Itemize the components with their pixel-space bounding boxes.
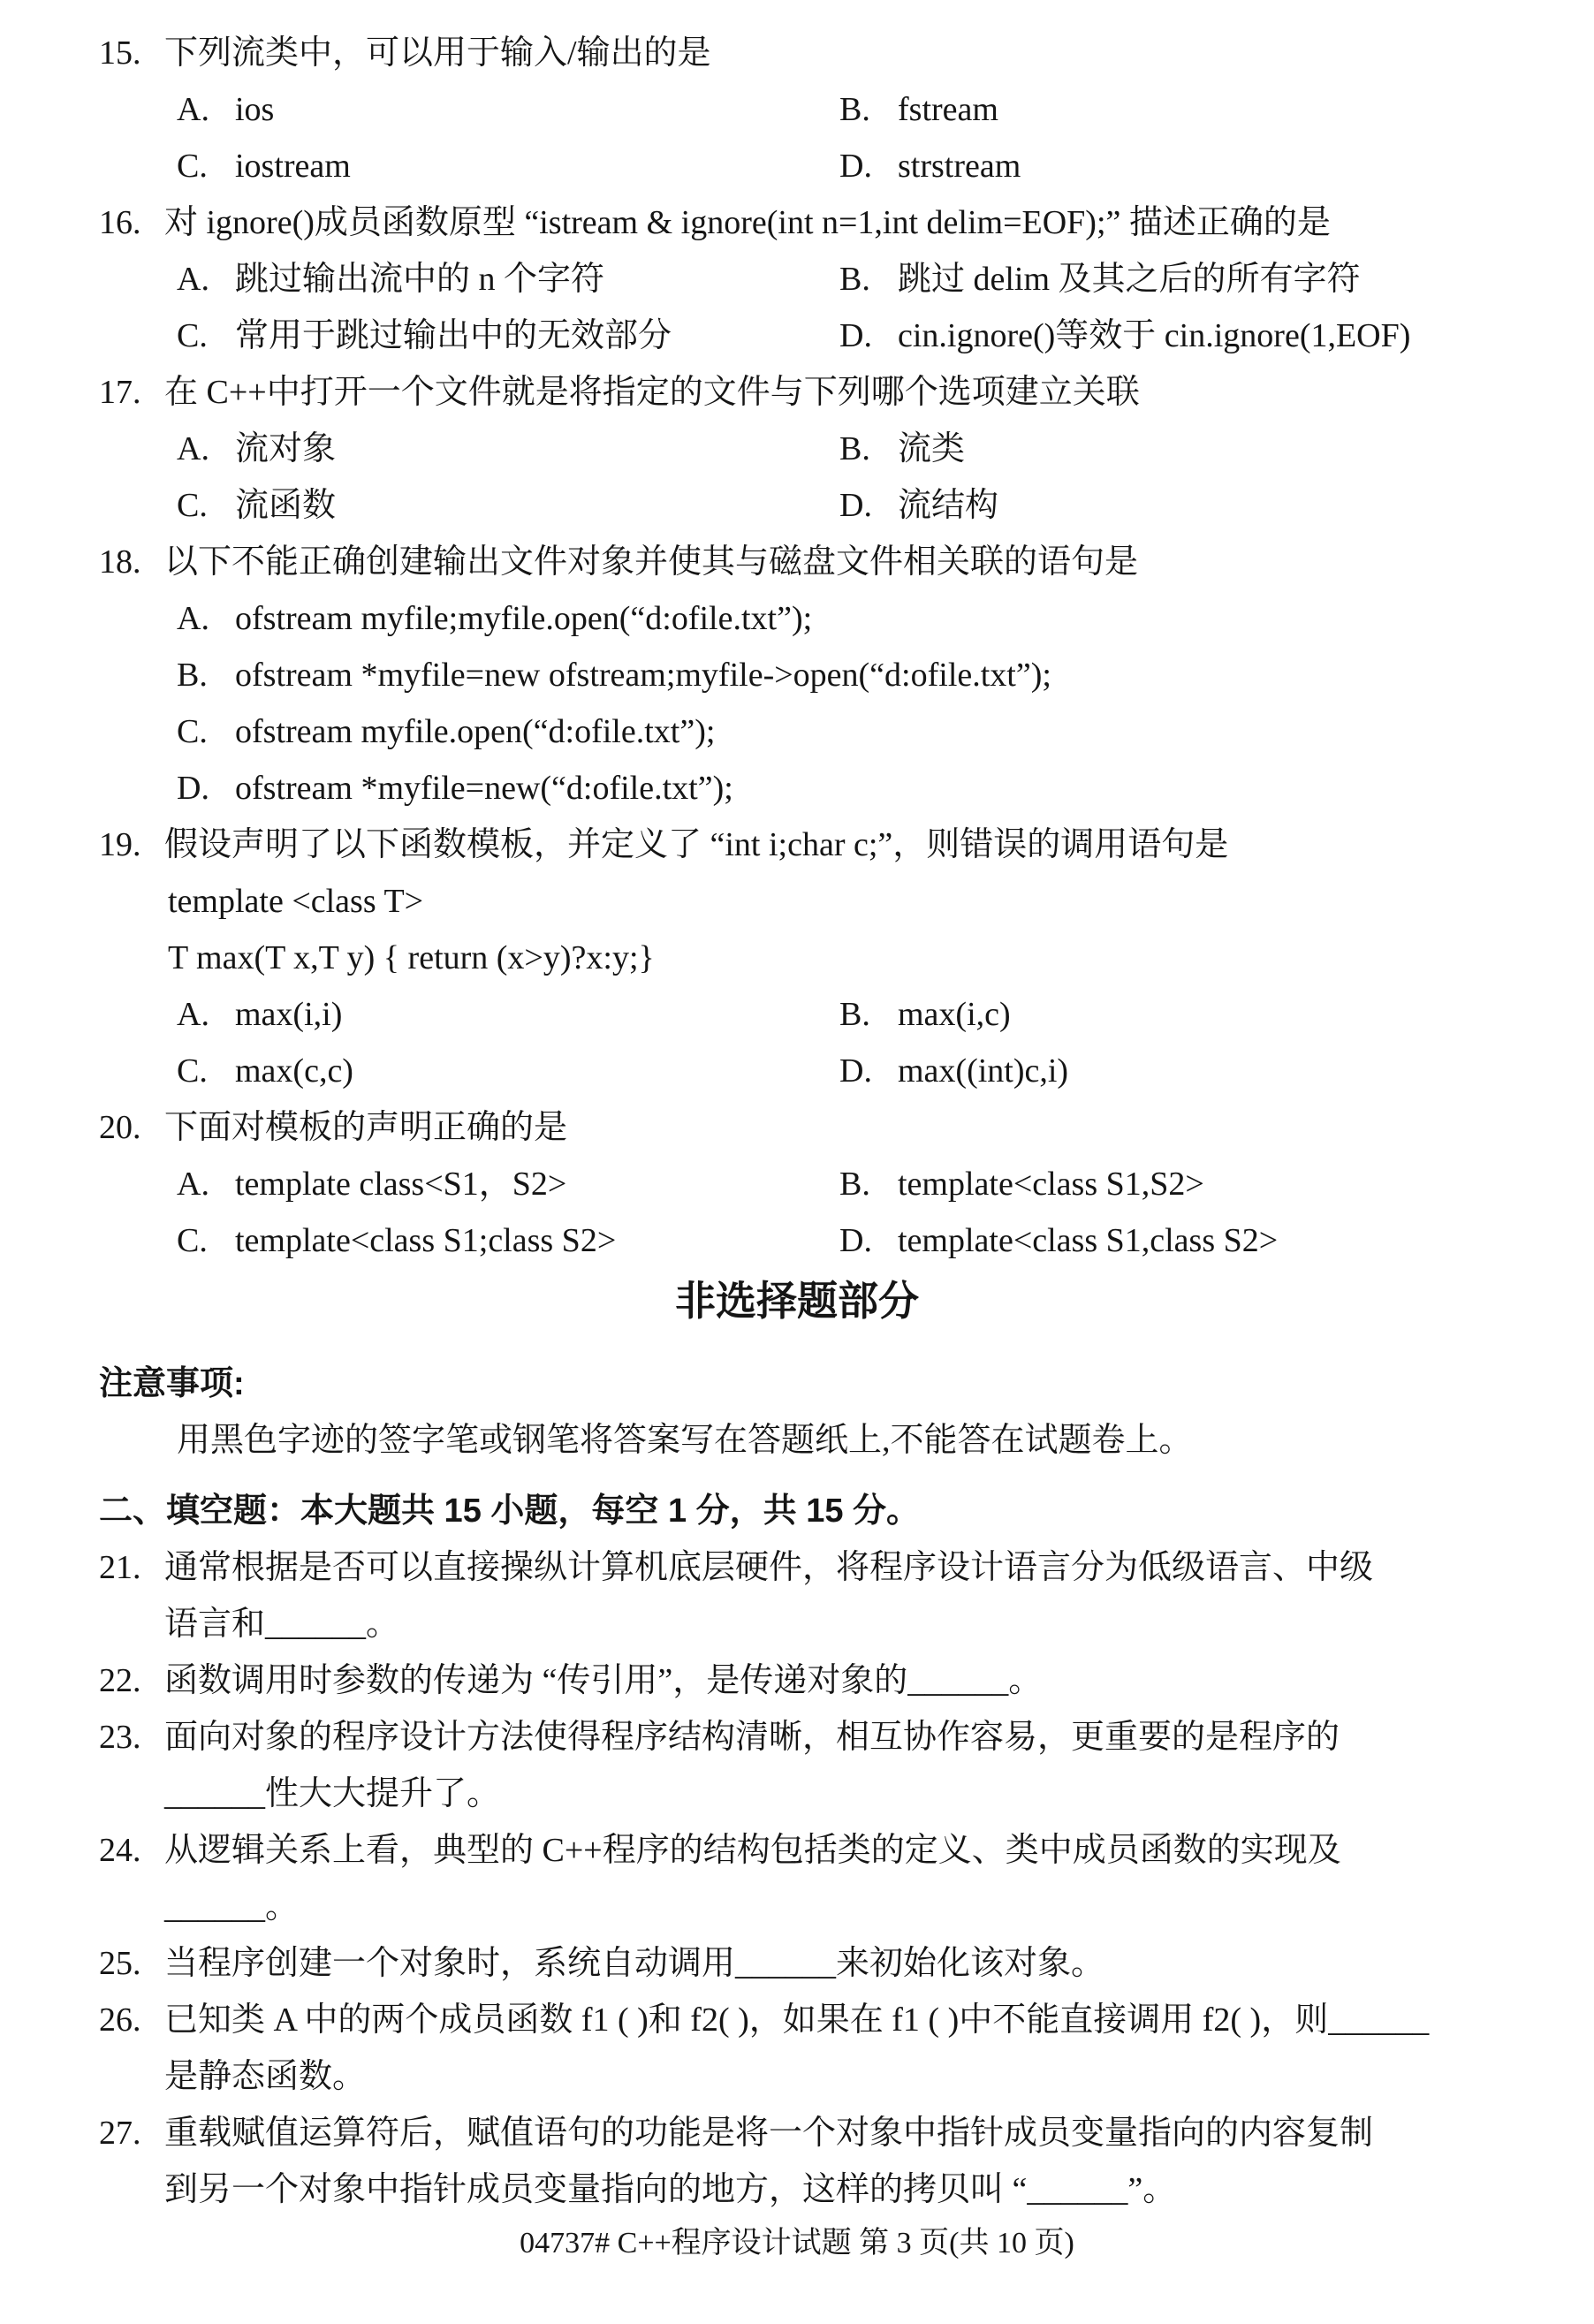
exam-page: 15. 下列流类中，可以用于输入/输出的是 A. ios B. fstream … <box>0 0 1594 2324</box>
question-20-option-a-label: A. <box>177 1156 235 1212</box>
question-27-text-line-2: 到另一个对象中指针成员变量指向的地方，这样的拷贝叫 “______”。 <box>0 2161 1594 2218</box>
question-17-stem: 在 C++中打开一个文件就是将指定的文件与下列哪个选项建立关联 <box>164 364 1140 421</box>
question-19-stem: 假设声明了以下函数模板，并定义了 “int i;char c;”，则错误的调用语… <box>164 816 1228 873</box>
question-18-option-b-text: ofstream *myfile=new ofstream;myfile->op… <box>235 647 1051 703</box>
question-23-text-line-2: ______性大大提升了。 <box>0 1766 1594 1822</box>
question-20-number: 20. <box>99 1099 164 1156</box>
question-16-option-c-text: 常用于跳过输出中的无效部分 <box>235 308 672 364</box>
question-17-option-d-text: 流结构 <box>898 477 998 534</box>
question-20-option-b: B. template<class S1,S2> <box>839 1156 1204 1212</box>
question-16-option-b: B. 跳过 delim 及其之后的所有字符 <box>839 251 1361 308</box>
question-16-option-d: D. cin.ignore()等效于 cin.ignore(1,EOF) <box>839 308 1410 364</box>
question-19-option-b: B. max(i,c) <box>839 986 1011 1043</box>
question-17-options-cd: C. 流函数 D. 流结构 <box>0 477 1594 534</box>
question-19-code-line-1: template <class T> <box>0 873 1594 930</box>
question-16-number: 16. <box>99 194 164 251</box>
question-20-option-d-text: template<class S1,class S2> <box>898 1212 1278 1269</box>
question-15: 15. 下列流类中，可以用于输入/输出的是 <box>0 25 1594 81</box>
question-18-option-c: C. ofstream myfile.open(“d:ofile.txt”); <box>0 703 1594 760</box>
question-17-option-a-text: 流对象 <box>235 421 336 477</box>
question-19: 19. 假设声明了以下函数模板，并定义了 “int i;char c;”，则错误… <box>0 816 1594 873</box>
question-17-number: 17. <box>99 364 164 421</box>
question-18-stem: 以下不能正确创建输出文件对象并使其与磁盘文件相关联的语句是 <box>164 534 1138 590</box>
question-19-option-a-text: max(i,i) <box>235 986 342 1043</box>
question-18-option-c-label: C. <box>177 703 235 760</box>
question-19-options-ab: A. max(i,i) B. max(i,c) <box>0 986 1594 1043</box>
question-18: 18. 以下不能正确创建输出文件对象并使其与磁盘文件相关联的语句是 <box>0 534 1594 590</box>
question-20-options-ab: A. template class<S1，S2> B. template<cla… <box>0 1156 1594 1212</box>
question-17-option-d-label: D. <box>839 477 898 534</box>
question-19-option-a: A. max(i,i) <box>177 986 839 1043</box>
question-17-option-c: C. 流函数 <box>177 477 839 534</box>
question-20-stem: 下面对模板的声明正确的是 <box>164 1099 567 1156</box>
question-18-option-d-label: D. <box>177 760 235 816</box>
question-18-option-a: A. ofstream myfile;myfile.open(“d:ofile.… <box>0 590 1594 647</box>
question-18-option-c-text: ofstream myfile.open(“d:ofile.txt”); <box>235 703 715 760</box>
question-19-option-a-label: A. <box>177 986 235 1043</box>
question-20-option-a: A. template class<S1，S2> <box>177 1156 839 1212</box>
question-15-option-a-text: ios <box>235 81 274 138</box>
question-15-option-c-text: iostream <box>235 138 351 194</box>
question-18-option-a-text: ofstream myfile;myfile.open(“d:ofile.txt… <box>235 590 812 647</box>
question-17-option-d: D. 流结构 <box>839 477 998 534</box>
notes-body: 用黑色字迹的签字笔或钢笔将答案写在答题纸上,不能答在试题卷上。 <box>0 1412 1594 1469</box>
question-21: 21. 通常根据是否可以直接操纵计算机底层硬件，将程序设计语言分为低级语言、中级 <box>0 1539 1594 1596</box>
question-25: 25. 当程序创建一个对象时，系统自动调用______来初始化该对象。 <box>0 1935 1594 1992</box>
question-15-option-a-label: A. <box>177 81 235 138</box>
question-17-option-b-text: 流类 <box>898 421 965 477</box>
question-15-option-a: A. ios <box>177 81 839 138</box>
question-21-text-line-2: 语言和______。 <box>0 1596 1594 1652</box>
question-26: 26. 已知类 A 中的两个成员函数 f1 ( )和 f2( )，如果在 f1 … <box>0 1992 1594 2048</box>
question-19-option-d: D. max((int)c,i) <box>839 1043 1068 1099</box>
question-16-option-a: A. 跳过输出流中的 n 个字符 <box>177 251 839 308</box>
question-26-text-line-1: 已知类 A 中的两个成员函数 f1 ( )和 f2( )，如果在 f1 ( )中… <box>164 1992 1429 2048</box>
question-24: 24. 从逻辑关系上看，典型的 C++程序的结构包括类的定义、类中成员函数的实现… <box>0 1822 1594 1879</box>
question-16-option-b-text: 跳过 delim 及其之后的所有字符 <box>898 251 1361 308</box>
question-27: 27. 重载赋值运算符后，赋值语句的功能是将一个对象中指针成员变量指向的内容复制 <box>0 2105 1594 2161</box>
question-19-option-b-label: B. <box>839 986 898 1043</box>
question-15-options-cd: C. iostream D. strstream <box>0 138 1594 194</box>
question-20-option-c: C. template<class S1;class S2> <box>177 1212 839 1269</box>
question-20-option-a-text: template class<S1，S2> <box>235 1156 566 1212</box>
question-18-option-b-label: B. <box>177 647 235 703</box>
question-20-option-c-text: template<class S1;class S2> <box>235 1212 616 1269</box>
question-19-code-line-2: T max(T x,T y) { return (x>y)?x:y;} <box>0 930 1594 986</box>
question-16-options-ab: A. 跳过输出流中的 n 个字符 B. 跳过 delim 及其之后的所有字符 <box>0 251 1594 308</box>
question-19-option-d-label: D. <box>839 1043 898 1099</box>
question-20-option-b-text: template<class S1,S2> <box>898 1156 1204 1212</box>
question-19-option-c-text: max(c,c) <box>235 1043 353 1099</box>
question-26-text-line-2: 是静态函数。 <box>0 2048 1594 2105</box>
question-15-option-d-label: D. <box>839 138 898 194</box>
question-22-number: 22. <box>99 1652 164 1709</box>
question-17-option-c-text: 流函数 <box>235 477 336 534</box>
question-19-number: 19. <box>99 816 164 873</box>
question-18-option-b: B. ofstream *myfile=new ofstream;myfile-… <box>0 647 1594 703</box>
question-16-option-c-label: C. <box>177 308 235 364</box>
question-16-option-b-label: B. <box>839 251 898 308</box>
question-15-option-d-text: strstream <box>898 138 1021 194</box>
question-17-option-b: B. 流类 <box>839 421 965 477</box>
fill-section-title: 二、填空题：本大题共 15 小题，每空 1 分，共 15 分。 <box>0 1483 1594 1539</box>
question-21-text-line-1: 通常根据是否可以直接操纵计算机底层硬件，将程序设计语言分为低级语言、中级 <box>164 1539 1373 1596</box>
question-17-option-b-label: B. <box>839 421 898 477</box>
question-17-option-c-label: C. <box>177 477 235 534</box>
question-16-option-a-label: A. <box>177 251 235 308</box>
question-23: 23. 面向对象的程序设计方法使得程序结构清晰，相互协作容易，更重要的是程序的 <box>0 1709 1594 1766</box>
question-25-number: 25. <box>99 1935 164 1992</box>
question-17-options-ab: A. 流对象 B. 流类 <box>0 421 1594 477</box>
question-16-option-a-text: 跳过输出流中的 n 个字符 <box>235 251 604 308</box>
question-15-options-ab: A. ios B. fstream <box>0 81 1594 138</box>
question-15-option-b-label: B. <box>839 81 898 138</box>
section-header-non-mc: 非选择题部分 <box>0 1269 1594 1333</box>
question-26-number: 26. <box>99 1992 164 2048</box>
question-16-stem: 对 ignore()成员函数原型 “istream & ignore(int n… <box>164 194 1331 251</box>
question-20-option-c-label: C. <box>177 1212 235 1269</box>
question-25-text: 当程序创建一个对象时，系统自动调用______来初始化该对象。 <box>164 1935 1104 1992</box>
question-16-option-d-label: D. <box>839 308 898 364</box>
question-15-option-d: D. strstream <box>839 138 1021 194</box>
question-19-option-c-label: C. <box>177 1043 235 1099</box>
notes-title: 注意事项: <box>0 1356 1594 1412</box>
question-21-number: 21. <box>99 1539 164 1596</box>
question-23-text-line-1: 面向对象的程序设计方法使得程序结构清晰，相互协作容易，更重要的是程序的 <box>164 1709 1340 1766</box>
question-19-option-c: C. max(c,c) <box>177 1043 839 1099</box>
question-15-option-c-label: C. <box>177 138 235 194</box>
question-15-option-c: C. iostream <box>177 138 839 194</box>
question-18-option-d-text: ofstream *myfile=new(“d:ofile.txt”); <box>235 760 733 816</box>
question-17-option-a: A. 流对象 <box>177 421 839 477</box>
question-19-option-d-text: max((int)c,i) <box>898 1043 1068 1099</box>
question-24-text-line-2: ______。 <box>0 1879 1594 1935</box>
question-23-number: 23. <box>99 1709 164 1766</box>
question-15-option-b: B. fstream <box>839 81 998 138</box>
question-16-option-d-text: cin.ignore()等效于 cin.ignore(1,EOF) <box>898 308 1410 364</box>
question-16-options-cd: C. 常用于跳过输出中的无效部分 D. cin.ignore()等效于 cin.… <box>0 308 1594 364</box>
question-24-text-line-1: 从逻辑关系上看，典型的 C++程序的结构包括类的定义、类中成员函数的实现及 <box>164 1822 1341 1879</box>
question-15-number: 15. <box>99 25 164 81</box>
question-27-number: 27. <box>99 2105 164 2161</box>
question-20-option-b-label: B. <box>839 1156 898 1212</box>
question-22: 22. 函数调用时参数的传递为 “传引用”，是传递对象的______。 <box>0 1652 1594 1709</box>
question-18-option-d: D. ofstream *myfile=new(“d:ofile.txt”); <box>0 760 1594 816</box>
question-20-options-cd: C. template<class S1;class S2> D. templa… <box>0 1212 1594 1269</box>
question-18-number: 18. <box>99 534 164 590</box>
question-27-text-line-1: 重载赋值运算符后，赋值语句的功能是将一个对象中指针成员变量指向的内容复制 <box>164 2105 1373 2161</box>
question-20: 20. 下面对模板的声明正确的是 <box>0 1099 1594 1156</box>
page-footer: 04737# C++程序设计试题 第 3 页(共 10 页) <box>0 2223 1594 2264</box>
question-16-option-c: C. 常用于跳过输出中的无效部分 <box>177 308 839 364</box>
question-24-number: 24. <box>99 1822 164 1879</box>
question-17: 17. 在 C++中打开一个文件就是将指定的文件与下列哪个选项建立关联 <box>0 364 1594 421</box>
question-15-stem: 下列流类中，可以用于输入/输出的是 <box>164 25 711 81</box>
question-18-option-a-label: A. <box>177 590 235 647</box>
question-19-options-cd: C. max(c,c) D. max((int)c,i) <box>0 1043 1594 1099</box>
question-19-option-b-text: max(i,c) <box>898 986 1011 1043</box>
question-16: 16. 对 ignore()成员函数原型 “istream & ignore(i… <box>0 194 1594 251</box>
question-15-option-b-text: fstream <box>898 81 998 138</box>
question-22-text: 函数调用时参数的传递为 “传引用”，是传递对象的______。 <box>164 1652 1042 1709</box>
question-17-option-a-label: A. <box>177 421 235 477</box>
question-20-option-d-label: D. <box>839 1212 898 1269</box>
question-20-option-d: D. template<class S1,class S2> <box>839 1212 1278 1269</box>
